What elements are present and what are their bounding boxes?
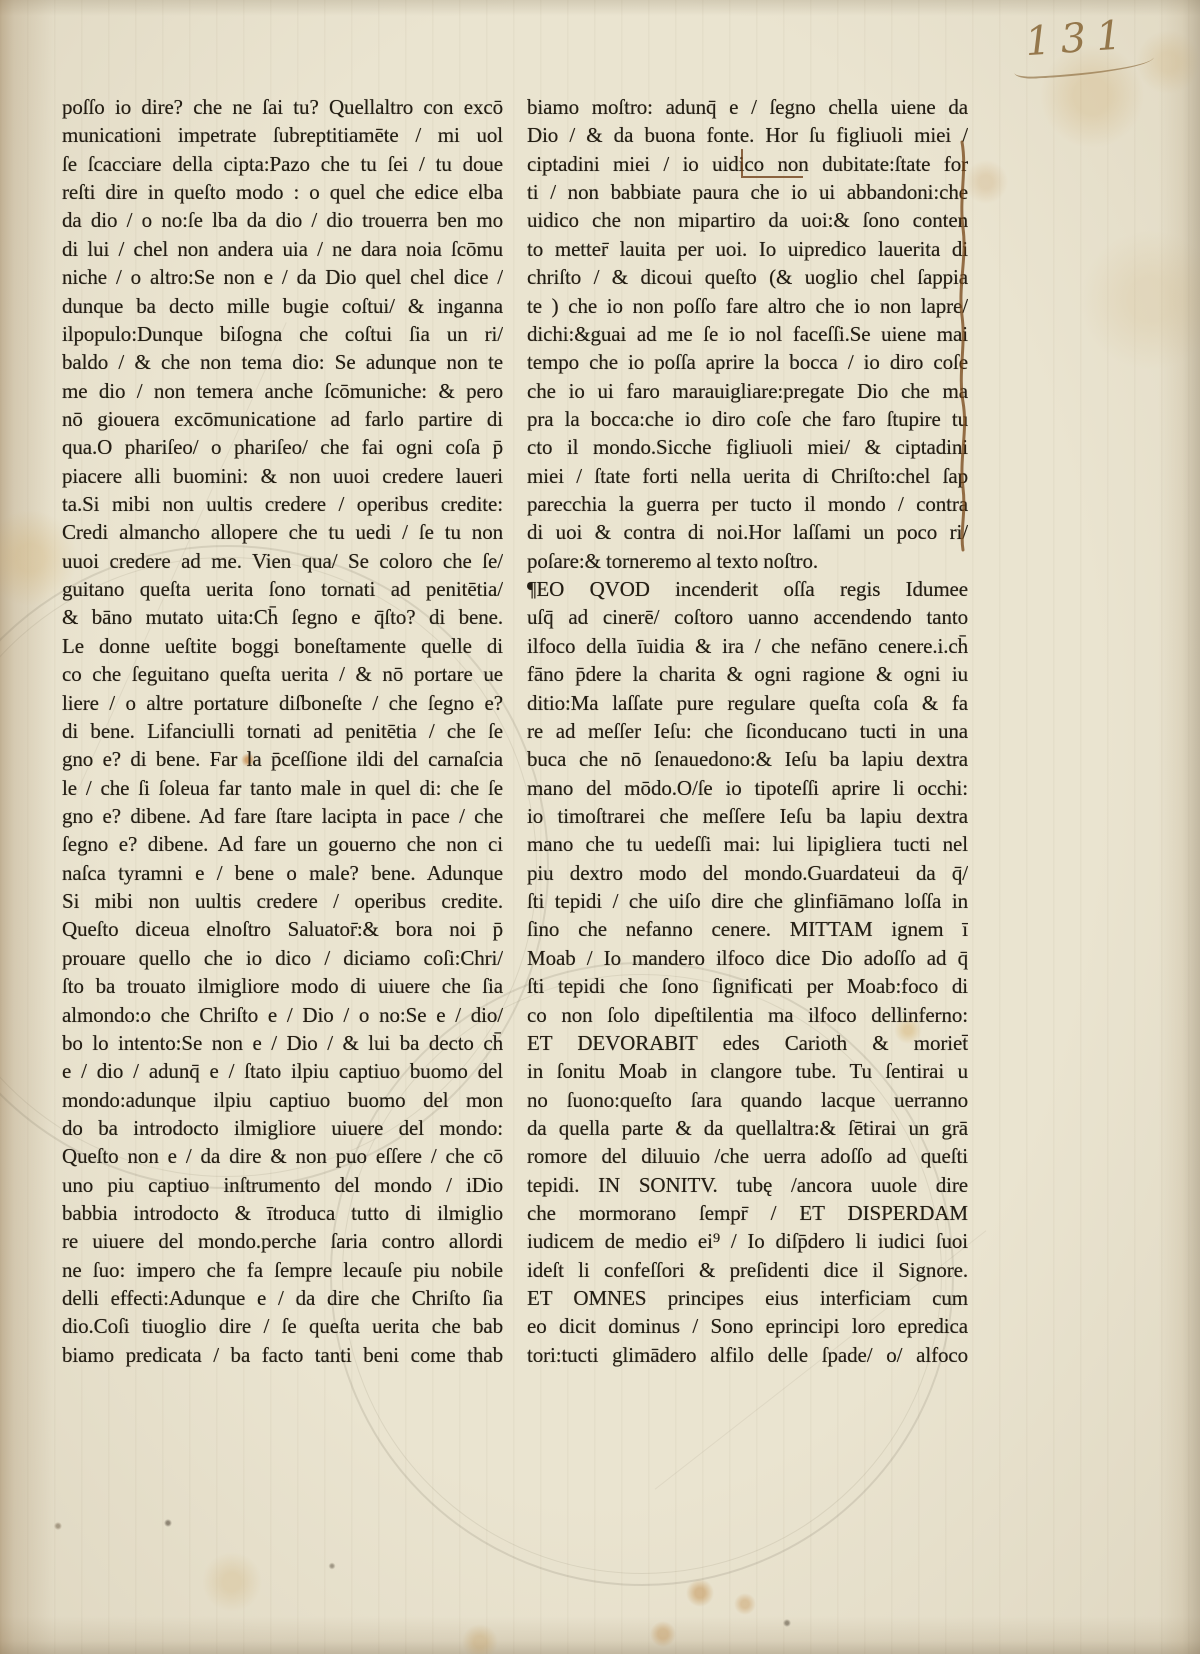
text-column-right: biamo moſtro: adunq̄ e / ſegno chella ui… (527, 93, 968, 1369)
text-line: poſſo io dire? che ne ſai tu? Quellaltro… (62, 93, 503, 121)
text-line: romore del diluuio /che uerra adoſſo ad … (527, 1142, 968, 1170)
text-line: dio.Coſi tiuoglio dire / ſe queſta uerit… (62, 1312, 503, 1340)
text-line: ti / non babbiate paura che io ui abband… (527, 178, 968, 206)
text-line: piacere alli buomini: & non uuoi credere… (62, 462, 503, 490)
text-line: cto il mondo.Sicche figliuoli miei/ & ci… (527, 433, 968, 461)
text-line: Si mibi non uultis credere / operibus cr… (62, 887, 503, 915)
text-line: mondo:adunque ilpiu captiuo buomo del mo… (62, 1086, 503, 1114)
text-column-left: poſſo io dire? che ne ſai tu? Quellaltro… (62, 93, 503, 1369)
text-line: no ſuono:queſto ſara quando lacque uerra… (527, 1086, 968, 1114)
text-line: dichi:&guai ad me ſe io nol faceſſi.Se u… (527, 320, 968, 348)
scanned-book-page: poſſo io dire? che ne ſai tu? Quellaltro… (0, 0, 1200, 1654)
text-line: Queſto diceua elnoſtro Saluator̄:& bora … (62, 915, 503, 943)
text-line: naſca tyramni e / bene o male? bene. Adu… (62, 859, 503, 887)
text-line: buca che nō ſenauedono:& Ieſu ba lapiu d… (527, 745, 968, 773)
text-line: in ſonitu Moab in clangore tube. Tu ſent… (527, 1057, 968, 1085)
text-line: co che ſeguitano queſta uerita / & nō po… (62, 660, 503, 688)
text-line: & bāno mutato uita:Ch̄ ſegno e q̄ſto? di… (62, 603, 503, 631)
text-line: ſti tepidi / che uiſo dire che glinfiāma… (527, 887, 968, 915)
text-line: uidico che non mipartiro da uoi:& ſono c… (527, 206, 968, 234)
ink-margin-line (951, 140, 973, 552)
text-line: di lui / chel non andera uia / ne dara n… (62, 235, 503, 263)
text-line: to metter̄ lauita per uoi. Io uipredico … (527, 235, 968, 263)
text-line: gno e? dibene. Ad fare ſtare lacipta in … (62, 802, 503, 830)
text-line: tepidi. IN SONITV. tubę /ancora uuole di… (527, 1171, 968, 1199)
text-line: uſq̄ ad cinerē/ coſtoro uanno accendendo… (527, 603, 968, 631)
text-line: reſti dire in queſto modo : o quel che e… (62, 178, 503, 206)
text-line: piu dextro modo del mondo.Guardateui da … (527, 859, 968, 887)
text-line: e / dio / adunq̄ e / ſtato ilpiu captiuo… (62, 1057, 503, 1085)
text-line: miei / ſtate forti nella uerita di Chriſ… (527, 462, 968, 490)
text-line: ilpopulo:Dunque biſogna che coſtui ſia u… (62, 320, 503, 348)
text-line: ſto ba trouato ilmigliore modo di uiuere… (62, 972, 503, 1000)
text-line: bo lo intento:Se non e / Dio / & lui ba … (62, 1029, 503, 1057)
text-line: re ad meſſer Ieſu: che ſiconducano tucti… (527, 717, 968, 745)
text-line: mano del mōdo.O/ſe io tipoteſſi aprire l… (527, 774, 968, 802)
text-line: te ) che io non poſſo fare altro che io … (527, 292, 968, 320)
text-line: fāno p̄dere la charita & ogni ragione & … (527, 660, 968, 688)
text-line: delli effecti:Adunque e / da dire che Ch… (62, 1284, 503, 1312)
text-line: ¶EO QVOD incenderit oſſa regis Idumee (527, 575, 968, 603)
text-line: ſegno e? dibene. Ad fare un gouerno che … (62, 830, 503, 858)
text-line: che mormorano ſempr̄ / ET DISPERDAM (527, 1199, 968, 1227)
text-line: uno piu captiuo inſtrumento del mondo / … (62, 1171, 503, 1199)
text-line: ET OMNES principes eius interficiam cum (527, 1284, 968, 1312)
text-line: uuoi credere ad me. Vien qua/ Se coloro … (62, 547, 503, 575)
text-line: prouare quello che io dico / diciamo coſ… (62, 944, 503, 972)
text-line: baldo / & che non tema dio: Se adunque n… (62, 348, 503, 376)
text-line: liere / o altre portature diſboneſte / c… (62, 689, 503, 717)
text-line: ſti tepidi che ſono ſignificati per Moab… (527, 972, 968, 1000)
text-line: poſare:& torneremo al texto noſtro. (527, 547, 968, 575)
text-line: gno e? di bene. Far la p̄ceſſione ildi d… (62, 745, 503, 773)
text-line: babbia introdocto & ītroduca tutto di il… (62, 1199, 503, 1227)
text-line: Credi almancho allopere che tu uedi / ſe… (62, 518, 503, 546)
text-line: tempo che io poſſa aprire la bocca / io … (527, 348, 968, 376)
text-line: guitano queſta uerita ſono tornati ad pe… (62, 575, 503, 603)
text-line: niche / o altro:Se non e / da Dio quel c… (62, 263, 503, 291)
text-line: nō giouera excōmunicatione ad farlo part… (62, 405, 503, 433)
text-line: tori:tucti glimādero alfilo delle ſpade/… (527, 1341, 968, 1369)
text-line: io timoſtrarei che meſſere Ieſu ba lapiu… (527, 802, 968, 830)
text-line: ta.Si mibi non uultis credere / operibus… (62, 490, 503, 518)
text-line: ditio:Ma laſſate pure regulare queſta co… (527, 689, 968, 717)
text-line: ne ſuo: impero che fa ſempre lecauſe piu… (62, 1256, 503, 1284)
text-line: ET DEVORABIT edes Carioth & moriet̄ (527, 1029, 968, 1057)
text-line: chriſto / & dicoui queſto (& uoglio chel… (527, 263, 968, 291)
text-line: qua.O phariſeo/ o phariſeo/ che fai ogni… (62, 433, 503, 461)
text-line: Dio / & da buona fonte. Hor ſu figliuoli… (527, 121, 968, 149)
text-line: ilfoco della īuidia & ira / che nefāno c… (527, 632, 968, 660)
text-line: di uoi & contra di noi.Hor laſſami un po… (527, 518, 968, 546)
text-line: me dio / non temera anche ſcōmuniche: & … (62, 377, 503, 405)
text-line: biamo predicata / ba facto tanti beni co… (62, 1341, 503, 1369)
text-line: da quella parte & da quellaltra:& ſētira… (527, 1114, 968, 1142)
text-line: ſe ſcacciare della cipta:Pazo che tu ſei… (62, 150, 503, 178)
text-line: iudicem de medio ei⁹ / Io diſp̄dero li i… (527, 1227, 968, 1255)
text-line: do ba introdocto ilmigliore uiuere del m… (62, 1114, 503, 1142)
text-line: re uiuere del mondo.perche ſaria contro … (62, 1227, 503, 1255)
text-line: Moab / Io mandero ilfoco dice Dio adoſſo… (527, 944, 968, 972)
text-line: ſino che nefanno cenere. MITTAM ignem ī (527, 915, 968, 943)
text-line: co non ſolo dipeſtilentia ma ilfoco dell… (527, 1001, 968, 1029)
text-line: eo dicit dominus / Sono eprincipi loro e… (527, 1312, 968, 1340)
text-line: di bene. Lifanciulli tornati ad penitēti… (62, 717, 503, 745)
text-line: biamo moſtro: adunq̄ e / ſegno chella ui… (527, 93, 968, 121)
text-line: ideſt li confeſſori & preſidenti dice il… (527, 1256, 968, 1284)
text-line: Queſto non e / da dire & non puo eſſere … (62, 1142, 503, 1170)
text-line: che io ui faro marauigliare:pregate Dio … (527, 377, 968, 405)
text-line: pra la bocca:che io diro coſe che faro ſ… (527, 405, 968, 433)
ink-corner-bracket (741, 149, 803, 178)
text-line: mano che tu uedeſſi mai: lui lipigliera … (527, 830, 968, 858)
text-line: da dio / o no:ſe lba da dio / dio trouer… (62, 206, 503, 234)
text-line: Le donne ueſtite boggi boneſtamente quel… (62, 632, 503, 660)
text-line: le / che ſi ſoleua far tanto male in que… (62, 774, 503, 802)
text-line: almondo:o che Chriſto e / Dio / o no:Se … (62, 1001, 503, 1029)
text-line: municationi impetrate ſubreptitiamēte / … (62, 121, 503, 149)
text-line: parecchia la guerra per tucto il mondo /… (527, 490, 968, 518)
text-line: dunque ba decto mille bugie coſtui/ & in… (62, 292, 503, 320)
